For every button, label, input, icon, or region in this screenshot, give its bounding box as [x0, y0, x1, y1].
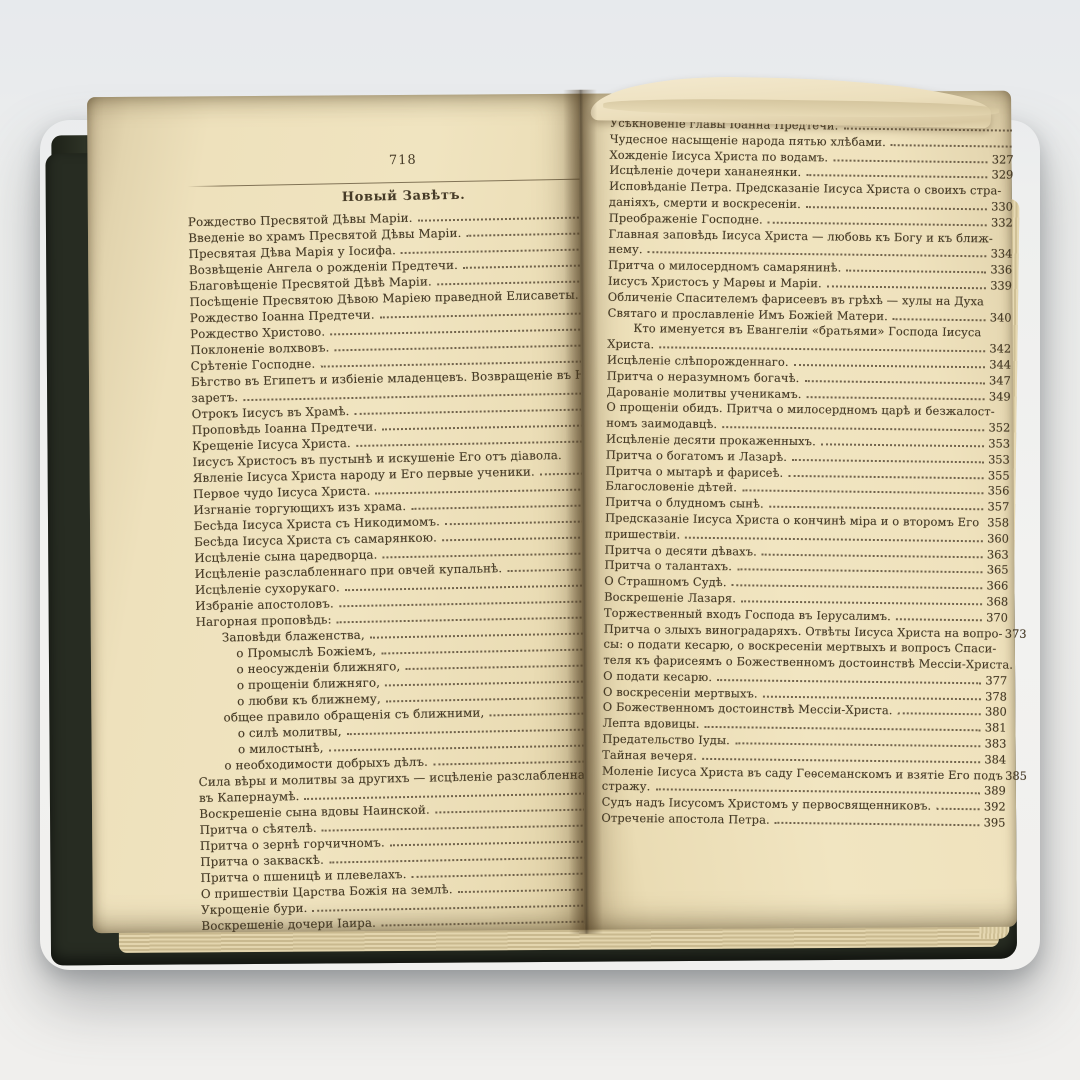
toc-leader-dots: [804, 380, 984, 384]
toc-entry-label: въ Капернаумѣ.: [199, 788, 300, 806]
toc-page-number: 363: [985, 547, 1009, 563]
left-page: 718 Новый Завѣтъ. Рождество Пресвятой Дѣ…: [87, 94, 585, 933]
toc-leader-dots: [655, 789, 979, 795]
section-title: Новый Завѣтъ.: [187, 185, 619, 208]
toc-entry-label: нему.: [608, 242, 642, 258]
toc-page-number: 347: [987, 373, 1011, 389]
toc-leader-dots: [896, 618, 982, 621]
toc-leader-dots: [741, 600, 982, 605]
toc-leader-dots: [705, 726, 981, 731]
toc-entry-label: о силѣ молитвы,: [238, 723, 342, 741]
toc-entry-label: Воскрешеніе дочери Іаира.: [201, 915, 376, 934]
toc-entry-label: Предательство Іуды.: [602, 732, 730, 749]
toc-page-number: 360: [985, 531, 1009, 547]
toc-entry-label: Притча о блудномъ сынѣ.: [605, 495, 764, 513]
toc-page-number: 357: [985, 499, 1009, 515]
right-page: Усѣкновеніе главы Іоанна Предтечи.Чудесн…: [579, 91, 1017, 930]
toc-page-number: 383: [982, 736, 1006, 752]
toc-leader-dots: [843, 128, 1011, 132]
toc-entry-label: Благословеніе дѣтей.: [605, 479, 737, 496]
toc-page-number: 334: [988, 247, 1012, 263]
toc-leader-dots: [380, 312, 596, 318]
toc-entry-label: Тайная вечеря.: [602, 748, 697, 765]
toc-entry-label: пришествіи.: [605, 526, 681, 543]
book-gutter: [563, 90, 603, 934]
toc-page-number: 381: [982, 721, 1006, 737]
toc-leader-dots: [659, 346, 985, 352]
toc-page-number: 366: [984, 578, 1008, 594]
toc-page-number: 327: [989, 152, 1013, 168]
toc-page-number: 380: [983, 705, 1007, 721]
toc-leader-dots: [763, 695, 981, 700]
toc-leader-dots: [846, 270, 986, 274]
toc-leader-dots: [717, 679, 981, 684]
toc-leader-dots: [735, 742, 980, 747]
toc-page-number: 370: [984, 610, 1008, 626]
toc-entry-label: Притча о талантахъ.: [604, 558, 732, 575]
toc-entry-label: Преображеніе Господне.: [609, 210, 763, 228]
toc-leader-dots: [762, 553, 983, 558]
toc-entry-label: заретъ.: [191, 389, 238, 406]
toc-page-number: 342: [987, 341, 1011, 357]
toc-leader-dots: [936, 808, 979, 811]
toc-page-number: 339: [988, 278, 1012, 294]
toc-entry-label: Лепта вдовицы.: [603, 716, 700, 733]
toc-entry-label: О Страшномъ Судѣ.: [604, 574, 726, 591]
toc-leader-dots: [722, 426, 984, 431]
toc-page-number: 377: [983, 673, 1007, 689]
toc-leader-dots: [788, 474, 983, 478]
toc-page-number: 336: [988, 263, 1012, 279]
toc-entry-label: Отреченіе апостола Петра.: [601, 811, 770, 829]
toc-leader-dots: [806, 174, 987, 178]
toc-leader-dots: [806, 206, 987, 210]
left-page-number: 718: [187, 149, 619, 172]
toc-page-number: 395: [981, 815, 1005, 831]
toc-entry-label: О воскресеніи мертвыхъ.: [603, 684, 758, 702]
toc-page-number: 384: [982, 752, 1006, 768]
toc-page-number: 340: [987, 310, 1011, 326]
toc-entry-label: Христа.: [607, 337, 654, 353]
toc-page-number: 332: [989, 215, 1013, 231]
toc-list-right: Усѣкновеніе главы Іоанна Предтечи.Чудесн…: [601, 116, 1014, 832]
toc-leader-dots: [833, 159, 987, 163]
toc-page-number: 349: [987, 389, 1011, 405]
toc-page-number: 352: [986, 420, 1010, 436]
toc-page-number: 329: [989, 168, 1013, 184]
toc-leader-dots: [356, 440, 598, 447]
toc-leader-dots: [742, 490, 983, 495]
toc-page-number: 368: [984, 594, 1008, 610]
toc-page-number: 353: [986, 436, 1010, 452]
toc-page-number: 378: [983, 689, 1007, 705]
toc-leader-dots: [354, 408, 597, 415]
toc-leader-dots: [807, 396, 985, 400]
toc-leader-dots: [769, 506, 983, 511]
toc-entry-label: номъ заимодавцѣ.: [606, 416, 717, 433]
toc-leader-dots: [775, 822, 980, 826]
toc-entry-label: о милостынѣ,: [238, 740, 324, 758]
toc-leader-dots: [898, 713, 981, 716]
toc-leader-dots: [702, 758, 980, 763]
toc-entry-label: стражу.: [602, 779, 651, 795]
open-book: 718 Новый Завѣтъ. Рождество Пресвятой Дѣ…: [43, 69, 1041, 974]
toc-leader-dots: [821, 443, 984, 447]
toc-leader-dots: [648, 252, 987, 258]
toc-page-number: 344: [987, 357, 1011, 373]
toc-page-number: 392: [982, 800, 1006, 816]
toc-leader-dots: [685, 536, 983, 542]
toc-page-number: 358: [985, 515, 1009, 531]
toc-leader-dots: [792, 459, 984, 463]
toc-page-number: 365: [984, 563, 1008, 579]
toc-entry-label: Притча о десяти дѣвахъ.: [605, 542, 757, 560]
toc-leader-dots: [732, 584, 983, 589]
toc-page-number: 356: [985, 484, 1009, 500]
toc-page-number: 385: [1003, 768, 1027, 784]
toc-page-number: 330: [989, 199, 1013, 215]
toc-leader-dots: [827, 285, 986, 289]
toc-entry-label: О подати кесарю.: [603, 669, 712, 686]
toc-page-number: 353: [986, 452, 1010, 468]
photo-of-open-book: 718 Новый Завѣтъ. Рождество Пресвятой Дѣ…: [0, 0, 1080, 1080]
toc-leader-dots: [891, 144, 1012, 147]
toc-entry-label: Воскрешеніе Лазаря.: [604, 590, 736, 607]
toc-page-number: 373: [1003, 626, 1027, 642]
toc-leader-dots: [737, 569, 983, 574]
toc-leader-dots: [794, 364, 985, 368]
toc-page-number: 355: [986, 468, 1010, 484]
toc-leader-dots: [893, 318, 986, 321]
toc-page-number: 389: [982, 784, 1006, 800]
toc-leader-dots: [768, 221, 987, 226]
